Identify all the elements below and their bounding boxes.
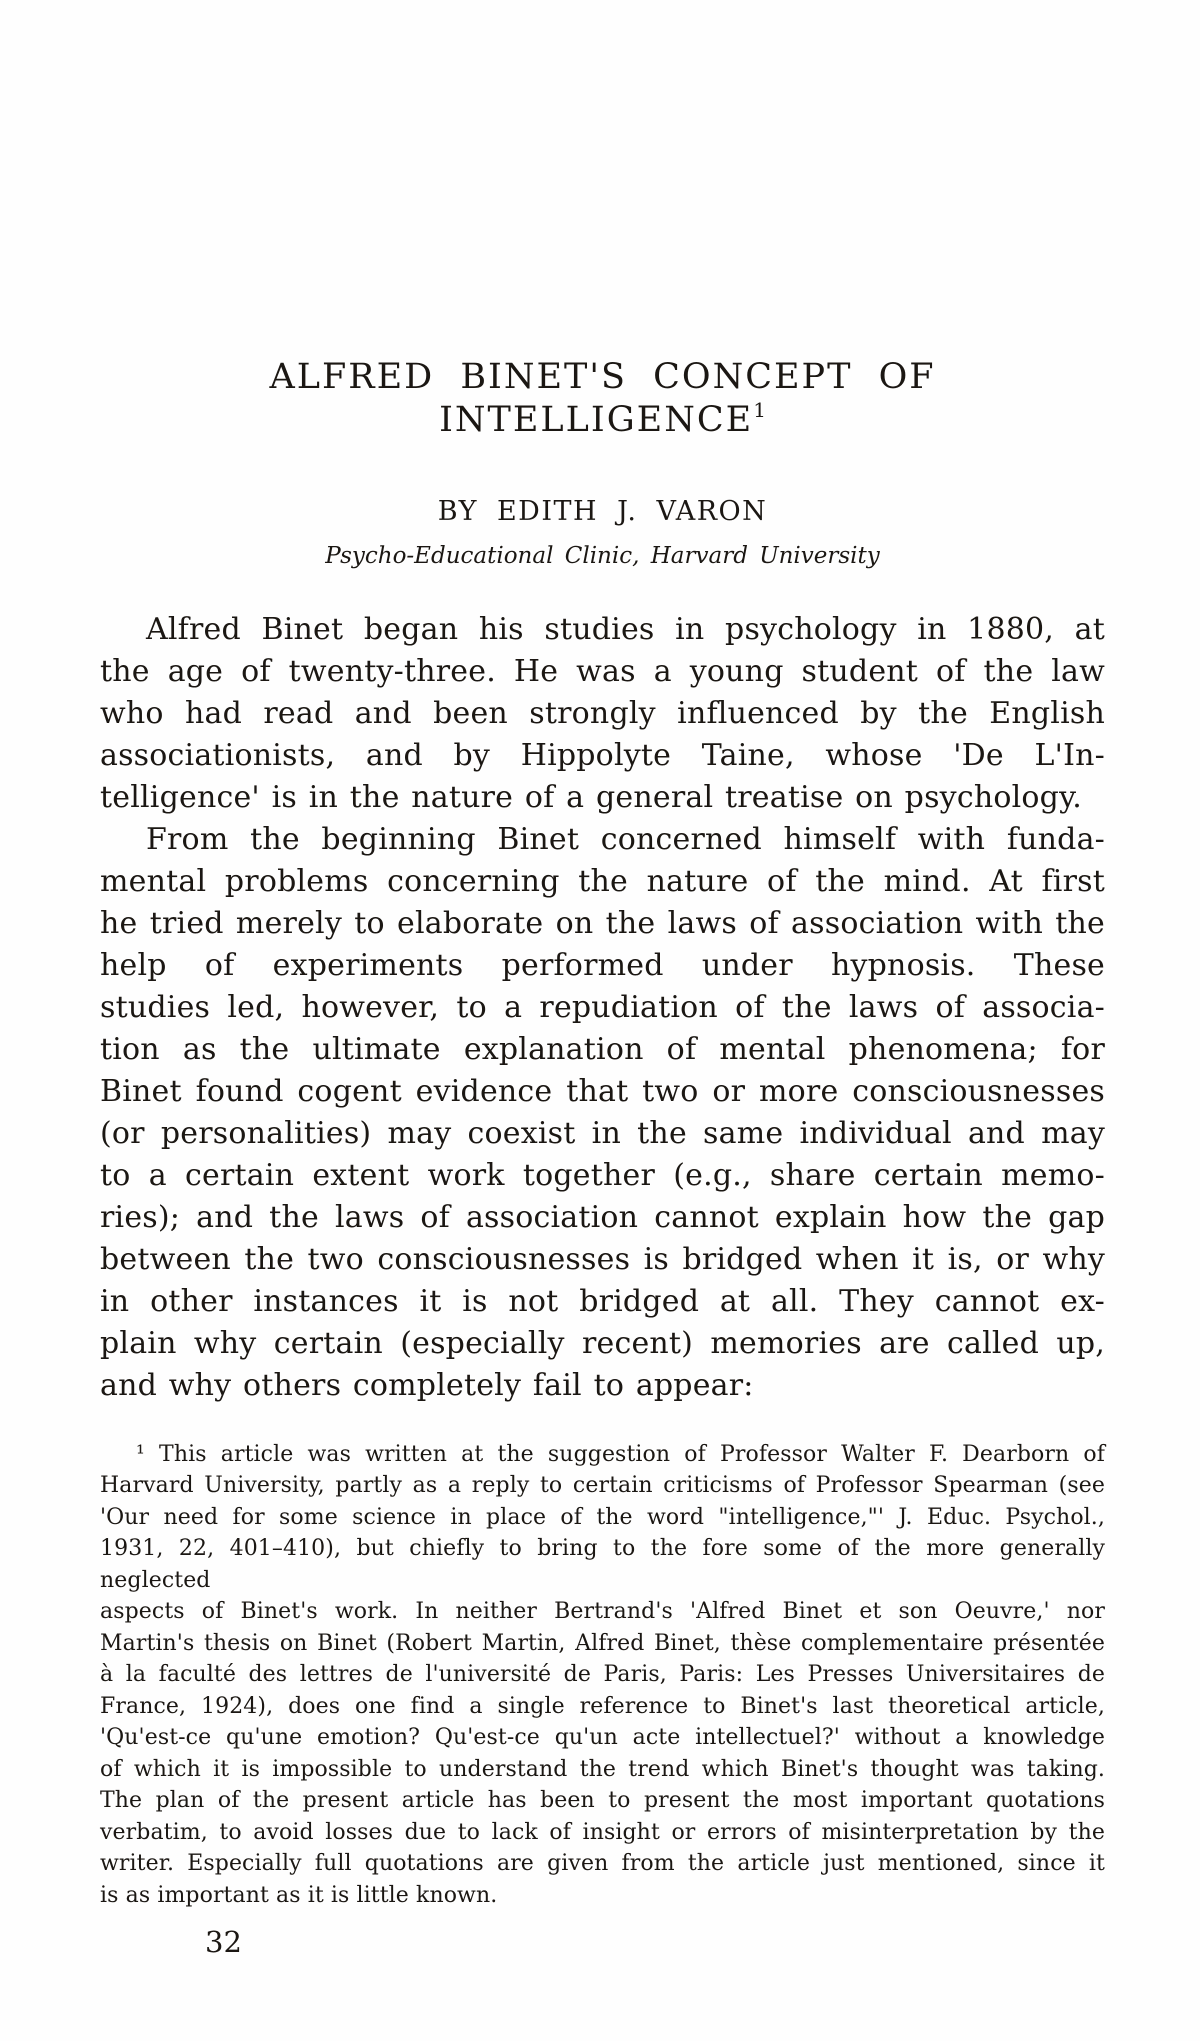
text-line: mental problems concerning the nature of…: [100, 861, 1105, 903]
text-line: aspects of Binet's work. In neither Bert…: [100, 1596, 1105, 1628]
text-line: 1931, 22, 401–410), but chiefly to bring…: [100, 1533, 1105, 1596]
text-line: à la faculté des lettres de l'université…: [100, 1659, 1105, 1691]
scanned-page: ALFRED BINET'S CONCEPT OF INTELLIGENCE1 …: [0, 0, 1200, 2041]
text-line: From the beginning Binet concerned himse…: [100, 819, 1105, 861]
text-line: to a certain extent work together (e.g.,…: [100, 1155, 1105, 1197]
author-byline: BY EDITH J. VARON: [100, 496, 1105, 528]
text-line: the age of twenty-three. He was a young …: [100, 651, 1105, 693]
text-line: Harvard University, partly as a reply to…: [100, 1470, 1105, 1502]
text-line: France, 1924), does one find a single re…: [100, 1691, 1105, 1723]
text-line: ¹ This article was written at the sugges…: [100, 1439, 1105, 1471]
footnote: ¹ This article was written at the sugges…: [100, 1439, 1105, 1912]
text-line: verbatim, to avoid losses due to lack of…: [100, 1817, 1105, 1849]
article-title-text: ALFRED BINET'S CONCEPT OF INTELLIGENCE: [269, 357, 935, 440]
text-line: between the two consciousnesses is bridg…: [100, 1239, 1105, 1281]
text-line: telligence' is in the nature of a genera…: [100, 777, 1105, 819]
text-line: in other instances it is not bridged at …: [100, 1281, 1105, 1323]
text-line: The plan of the present article has been…: [100, 1785, 1105, 1817]
paragraph-2: From the beginning Binet concerned himse…: [100, 819, 1105, 1407]
text-line: he tried merely to elaborate on the laws…: [100, 903, 1105, 945]
paragraph-1: Alfred Binet began his studies in psycho…: [100, 609, 1105, 819]
author-affiliation: Psycho-Educational Clinic, Harvard Unive…: [100, 543, 1105, 571]
text-line: Martin's thesis on Binet (Robert Martin,…: [100, 1628, 1105, 1660]
text-line: and why others completely fail to appear…: [100, 1365, 1105, 1407]
text-line: 'Our need for some science in place of t…: [100, 1502, 1105, 1534]
text-line: plain why certain (especially recent) me…: [100, 1323, 1105, 1365]
text-line: is as important as it is little known.: [100, 1880, 1105, 1912]
text-line: ries); and the laws of association canno…: [100, 1197, 1105, 1239]
text-line: Alfred Binet began his studies in psycho…: [100, 609, 1105, 651]
text-line: associationists, and by Hippolyte Taine,…: [100, 735, 1105, 777]
text-line: who had read and been strongly influence…: [100, 693, 1105, 735]
text-line: tion as the ultimate explanation of ment…: [100, 1029, 1105, 1071]
article-body: Alfred Binet began his studies in psycho…: [100, 609, 1105, 1407]
text-line: studies led, however, to a repudiation o…: [100, 987, 1105, 1029]
text-line: of which it is impossible to understand …: [100, 1754, 1105, 1786]
text-line: 'Qu'est-ce qu'une emotion? Qu'est-ce qu'…: [100, 1722, 1105, 1754]
text-line: writer. Especially full quotations are g…: [100, 1848, 1105, 1880]
text-line: (or personalities) may coexist in the sa…: [100, 1113, 1105, 1155]
article-title: ALFRED BINET'S CONCEPT OF INTELLIGENCE1: [100, 0, 1105, 441]
footnote-reference-mark: 1: [753, 398, 766, 422]
text-line: Binet found cogent evidence that two or …: [100, 1071, 1105, 1113]
text-line: help of experiments performed under hypn…: [100, 945, 1105, 987]
page-number: 32: [100, 1927, 1105, 1959]
